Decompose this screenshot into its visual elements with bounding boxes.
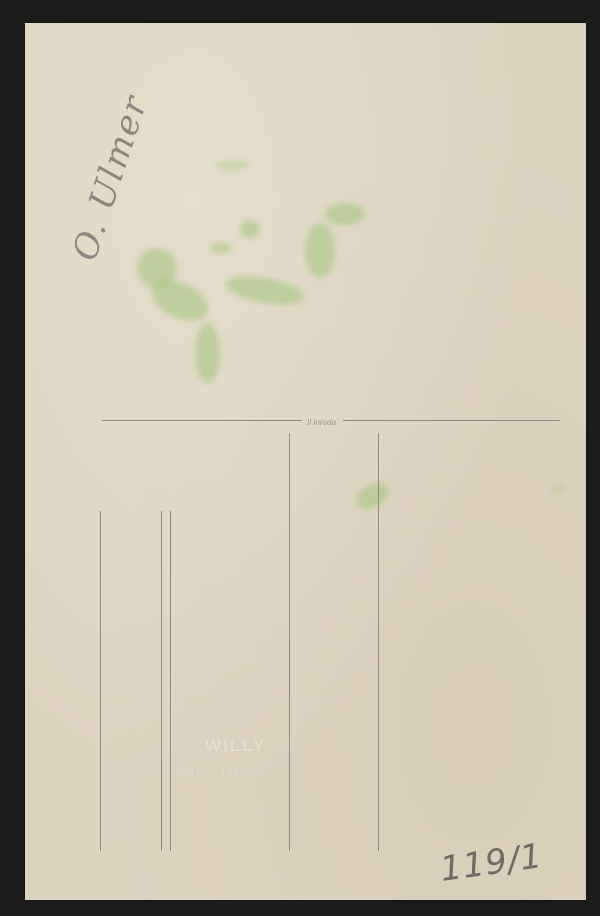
green-stain — [210, 243, 232, 253]
postcard-back: O. Ulmer Il Inroda WILLY 1997 ... 1997 1… — [25, 23, 586, 900]
green-stain — [240, 220, 260, 238]
address-line — [378, 433, 379, 851]
green-stain — [550, 485, 566, 495]
reference-number: 119/1 — [438, 836, 546, 890]
address-line — [289, 433, 290, 851]
faint-stamp-line-2: 1997 ... 1997 — [175, 766, 246, 777]
green-stain — [215, 160, 250, 170]
address-line — [161, 511, 162, 851]
faint-stamp-line-1: WILLY — [205, 736, 266, 756]
divider-caption: Il Inroda — [307, 418, 336, 427]
green-stain — [352, 478, 393, 515]
green-stain — [305, 223, 335, 278]
handwritten-signature: O. Ulmer — [65, 90, 156, 266]
green-stain — [325, 203, 365, 225]
address-line — [170, 511, 171, 851]
green-stain — [195, 323, 220, 383]
address-line — [100, 511, 101, 851]
divider-line-right — [343, 420, 560, 421]
green-stain — [223, 271, 306, 310]
divider-line-left — [102, 420, 302, 421]
